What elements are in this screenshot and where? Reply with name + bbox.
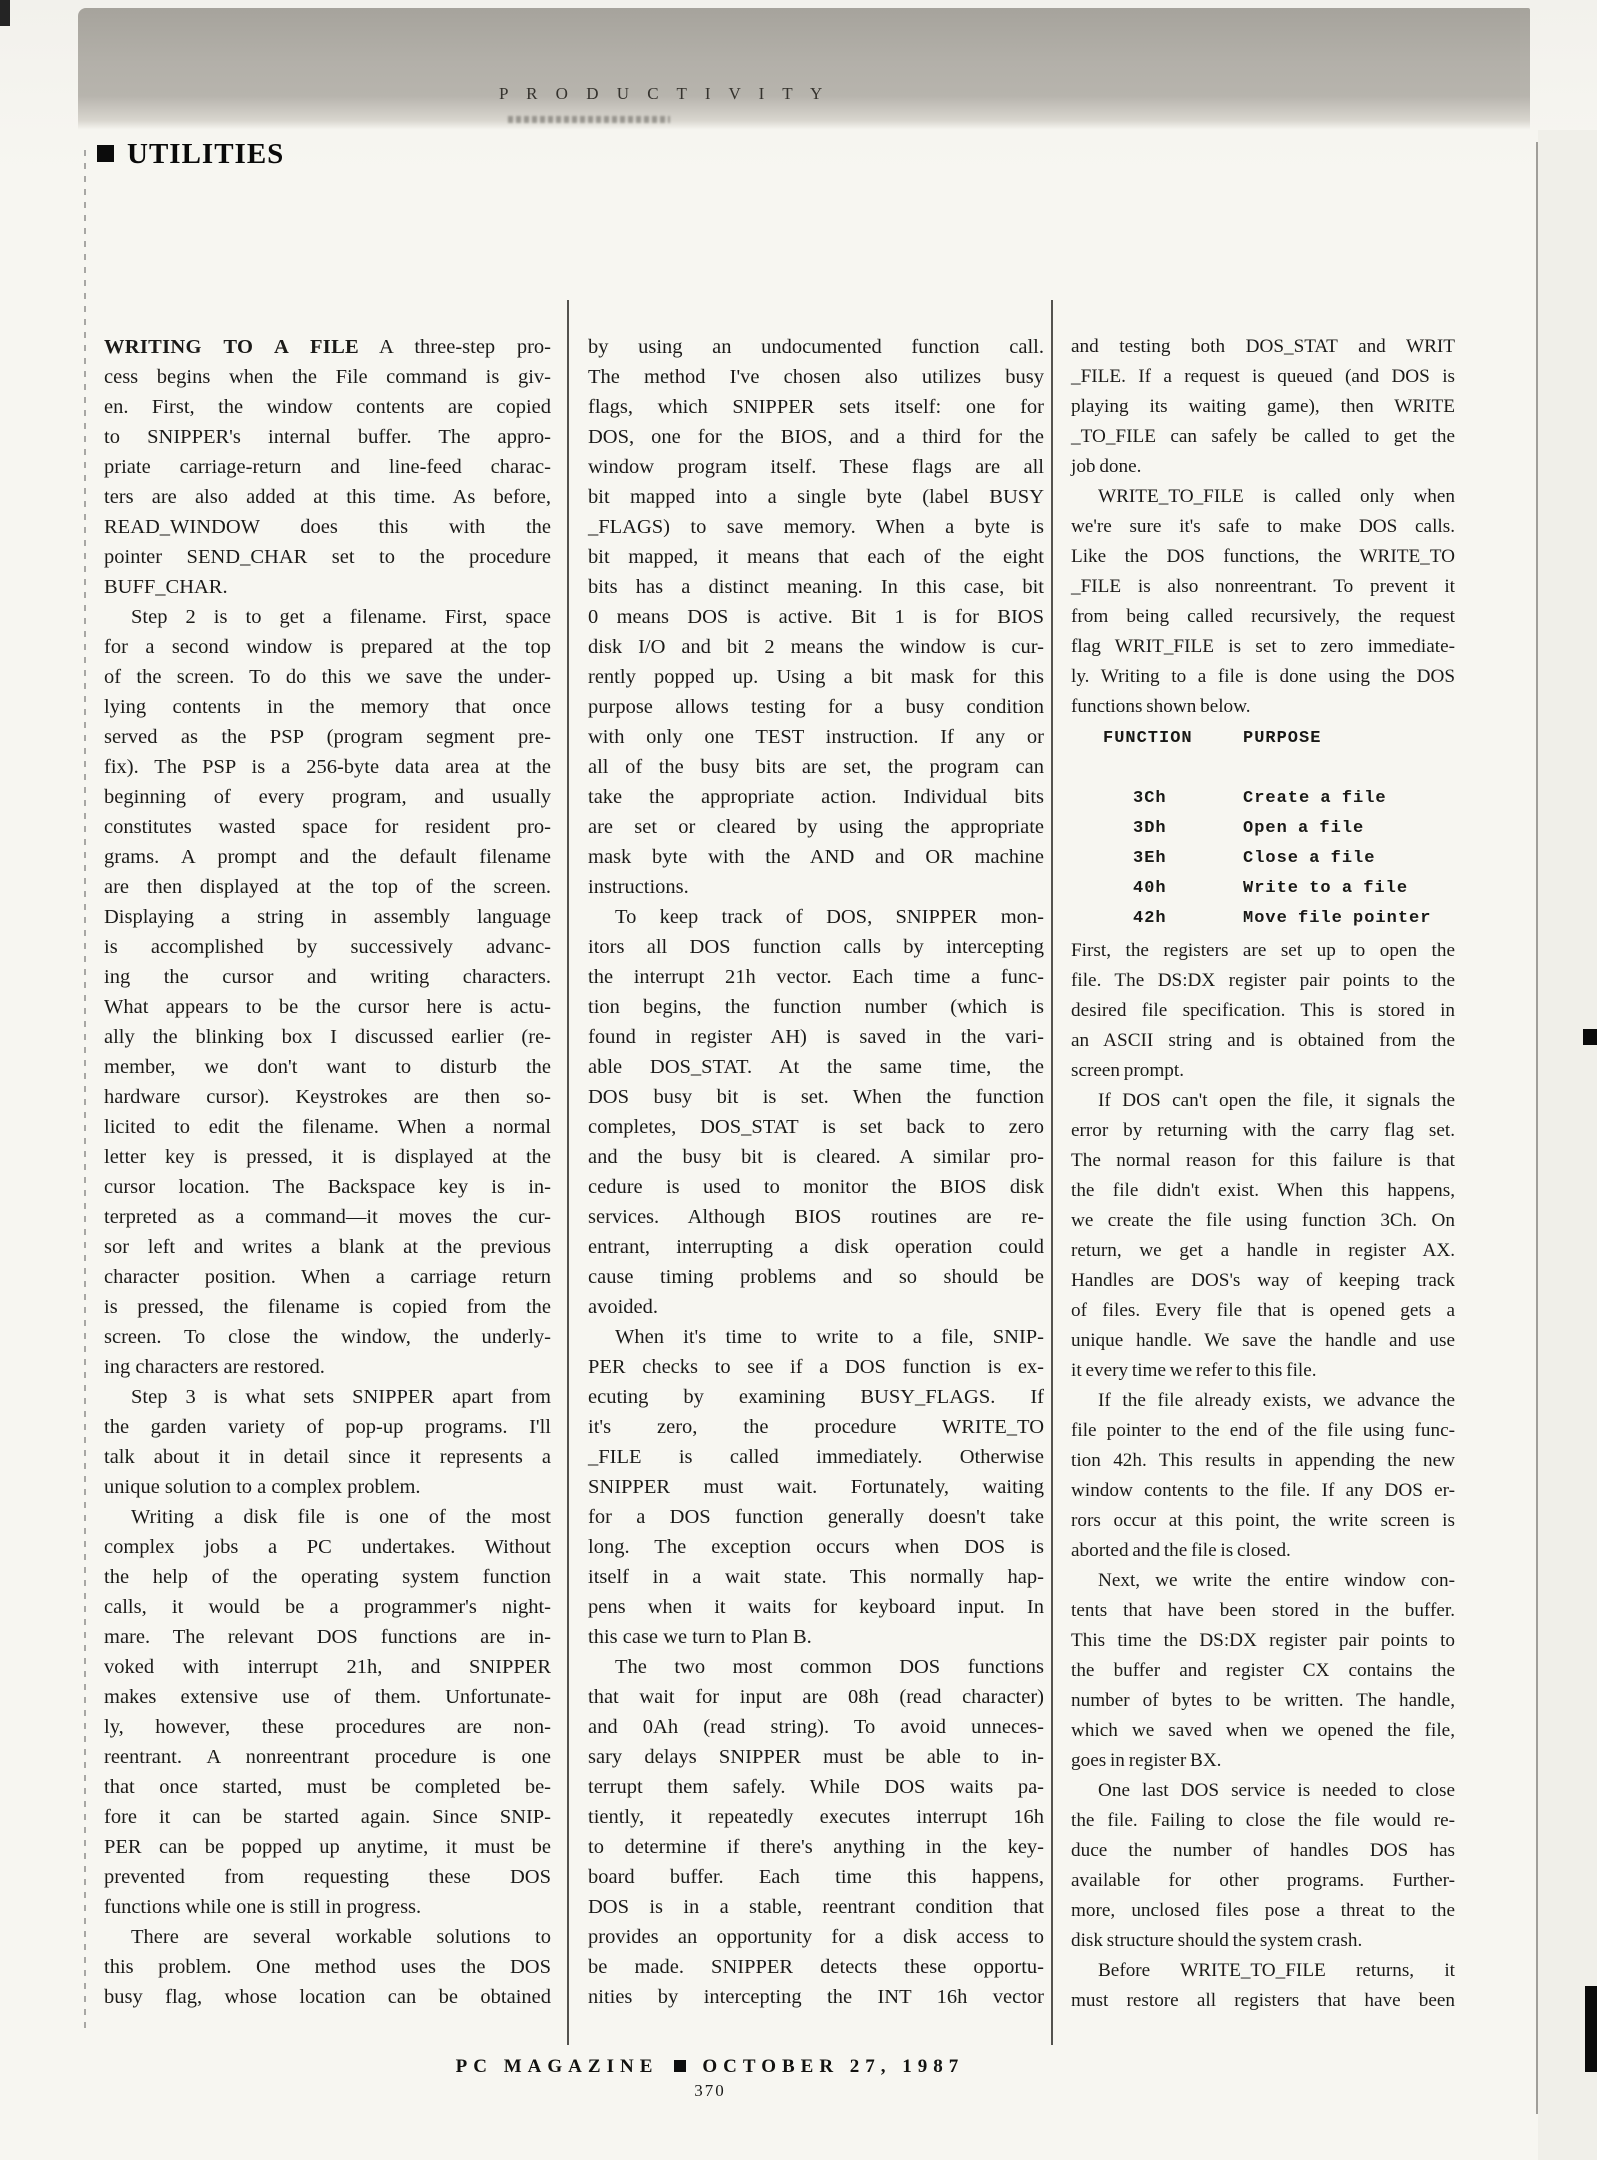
text-line: this case we turn to Plan B.: [588, 1622, 1044, 1652]
text-line: and the busy bit is cleared. A similar p…: [588, 1142, 1044, 1172]
text-line: If DOS can't open the file, it signals t…: [1071, 1086, 1455, 1116]
text-line: services. Although BIOS routines are re-: [588, 1202, 1044, 1232]
dos-function-row: 40hWrite to a file: [1071, 874, 1455, 904]
text-line: pointer SEND_CHAR set to the procedure: [104, 542, 551, 572]
text-line: ing characters are restored.: [104, 1352, 551, 1382]
text-line: One last DOS service is needed to close: [1071, 1776, 1455, 1806]
table-header-row: FUNCTIONPURPOSE: [1071, 724, 1455, 754]
text-line: terpreted as a command—it moves the cur-: [104, 1202, 551, 1232]
text-line: aborted and the file is closed.: [1071, 1536, 1455, 1566]
text-line: tion begins, the function number (which …: [588, 992, 1044, 1022]
text-line: tion 42h. This results in appending the …: [1071, 1446, 1455, 1476]
text-line: by using an undocumented function call.: [588, 332, 1044, 362]
text-line: avoided.: [588, 1292, 1044, 1322]
text-line: character position. When a carriage retu…: [104, 1262, 551, 1292]
text-line: There are several workable solutions to: [104, 1922, 551, 1952]
text-line: for a second window is prepared at the t…: [104, 632, 551, 662]
text-line: fix). The PSP is a 256-byte data area at…: [104, 752, 551, 782]
text-line: cess begins when the File command is giv…: [104, 362, 551, 392]
text-line: When it's time to write to a file, SNIP-: [588, 1322, 1044, 1352]
text-line: is pressed, the filename is copied from …: [104, 1292, 551, 1322]
text-line: This time the DS:DX register pair points…: [1071, 1626, 1455, 1656]
dos-function-row: 3ChCreate a file: [1071, 784, 1455, 814]
text-line: the interrupt 21h vector. Each time a fu…: [588, 962, 1044, 992]
text-line: file pointer to the end of the file usin…: [1071, 1416, 1455, 1446]
text-line: of files. Every file that is opened gets…: [1071, 1296, 1455, 1326]
text-line: completes, DOS_STAT is set back to zero: [588, 1112, 1044, 1142]
text-line: found in register AH) is saved in the va…: [588, 1022, 1044, 1052]
text-line: return, we get a handle in register AX.: [1071, 1236, 1455, 1266]
right-page-edge-line: [1536, 142, 1538, 2114]
function-code: 3Dh: [1071, 814, 1243, 844]
text-line: bit mapped into a single byte (label BUS…: [588, 482, 1044, 512]
text-line: unique handle. We save the handle and us…: [1071, 1326, 1455, 1356]
text-line: more, unclosed files pose a threat to th…: [1071, 1896, 1455, 1926]
text-line: provides an opportunity for a disk acces…: [588, 1922, 1044, 1952]
text-line: The method I've chosen also utilizes bus…: [588, 362, 1044, 392]
text-line: functions shown below.: [1071, 692, 1455, 722]
text-line: to determine if there's anything in the …: [588, 1832, 1044, 1862]
text-line: and 0Ah (read string). To avoid unneces-: [588, 1712, 1044, 1742]
function-purpose: Move file pointer: [1243, 904, 1455, 934]
text-line: voked with interrupt 21h, and SNIPPER: [104, 1652, 551, 1682]
text-line: constitutes wasted space for resident pr…: [104, 812, 551, 842]
text-line: unique solution to a complex problem.: [104, 1472, 551, 1502]
text-line: DOS, one for the BIOS, and a third for t…: [588, 422, 1044, 452]
text-line: DOS is in a stable, reentrant condition …: [588, 1892, 1044, 1922]
text-line: PER checks to see if a DOS function is e…: [588, 1352, 1044, 1382]
text-line: reentrant. A nonreentrant procedure is o…: [104, 1742, 551, 1772]
text-line: DOS busy bit is set. When the function: [588, 1082, 1044, 1112]
function-code: 40h: [1071, 874, 1243, 904]
text-line: it's zero, the procedure WRITE_TO: [588, 1412, 1044, 1442]
dos-function-row: 3EhClose a file: [1071, 844, 1455, 874]
function-code: 3Ch: [1071, 784, 1243, 814]
text-line: with only one TEST instruction. If any o…: [588, 722, 1044, 752]
text-line: error by returning with the carry flag s…: [1071, 1116, 1455, 1146]
text-line: WRITE_TO_FILE is called only when: [1071, 482, 1455, 512]
dos-function-row: 3DhOpen a file: [1071, 814, 1455, 844]
article-column-3: and testing both DOS_STAT and WRIT_FILE.…: [1071, 332, 1455, 2016]
section-title: UTILITIES: [127, 138, 284, 171]
text-line: calls, it would be a programmer's night-: [104, 1592, 551, 1622]
text-line: which we saved when we opened the file,: [1071, 1716, 1455, 1746]
text-line: desired file specification. This is stor…: [1071, 996, 1455, 1026]
page-number: 370: [285, 2081, 1135, 2101]
text-line: be made. SNIPPER detects these opportu-: [588, 1952, 1044, 1982]
text-line: ally the blinking box I discussed earlie…: [104, 1022, 551, 1052]
footer-line: PC MAGAZINEOCTOBER 27, 1987: [285, 2056, 1135, 2078]
text-line: _FILE. If a request is queued (and DOS i…: [1071, 362, 1455, 392]
text-line: pens when it waits for keyboard input. I…: [588, 1592, 1044, 1622]
text-line: available for other programs. Further-: [1071, 1866, 1455, 1896]
scan-artifact-right-dash: [1583, 1029, 1597, 1045]
scan-artifact-right-bar: [1585, 1986, 1597, 2072]
runin-text: A three-step pro-: [379, 336, 551, 358]
text-line: tents that have been stored in the buffe…: [1071, 1596, 1455, 1626]
text-line: the help of the operating system functio…: [104, 1562, 551, 1592]
left-fold-dashed-line: [84, 150, 86, 2030]
text-line: _FLAGS) to save memory. When a byte is: [588, 512, 1044, 542]
text-line: Handles are DOS's way of keeping track: [1071, 1266, 1455, 1296]
page-kicker: P R O D U C T I V I T Y: [499, 84, 829, 104]
text-line: screen prompt.: [1071, 1056, 1455, 1086]
square-bullet-icon: [97, 145, 114, 162]
text-line: rors occur at this point, the write scre…: [1071, 1506, 1455, 1536]
text-line: Writing a disk file is one of the most: [104, 1502, 551, 1532]
text-line: long. The exception occurs when DOS is: [588, 1532, 1044, 1562]
text-line: PER can be popped up anytime, it must be: [104, 1832, 551, 1862]
text-line: Before WRITE_TO_FILE returns, it: [1071, 1956, 1455, 1986]
article-column-2: by using an undocumented function call.T…: [588, 332, 1044, 2012]
footer-magazine: PC MAGAZINE: [456, 2056, 659, 2077]
text-line: nities by intercepting the INT 16h vecto…: [588, 1982, 1044, 2012]
text-line: functions while one is still in progress…: [104, 1892, 551, 1922]
text-line: is accomplished by successively advanc-: [104, 932, 551, 962]
text-line: _TO_FILE can safely be called to get the: [1071, 422, 1455, 452]
text-line: The two most common DOS functions: [588, 1652, 1044, 1682]
footer-date: OCTOBER 27, 1987: [702, 2056, 964, 2077]
text-line: busy flag, whose location can be obtaine…: [104, 1982, 551, 2012]
text-line: ly, however, these procedures are non-: [104, 1712, 551, 1742]
text-line: member, we don't want to disturb the: [104, 1052, 551, 1082]
text-line: SNIPPER must wait. Fortunately, waiting: [588, 1472, 1044, 1502]
text-line: ing the cursor and writing characters.: [104, 962, 551, 992]
text-line: en. First, the window contents are copie…: [104, 392, 551, 422]
text-line: makes extensive use of them. Unfortunate…: [104, 1682, 551, 1712]
text-line: 0 means DOS is active. Bit 1 is for BIOS: [588, 602, 1044, 632]
text-line: Next, we write the entire window con-: [1071, 1566, 1455, 1596]
text-line: entrant, interrupting a disk operation c…: [588, 1232, 1044, 1262]
text-line: sor left and writes a blank at the previ…: [104, 1232, 551, 1262]
text-line: bit mapped, it means that each of the ei…: [588, 542, 1044, 572]
text-line: mask byte with the AND and OR machine: [588, 842, 1044, 872]
text-line: are set or cleared by using the appropri…: [588, 812, 1044, 842]
table-header-purpose: PURPOSE: [1243, 724, 1455, 754]
function-code: 42h: [1071, 904, 1243, 934]
dos-function-row: 42hMove file pointer: [1071, 904, 1455, 934]
column-rule-2: [1051, 300, 1053, 2045]
text-line: complex jobs a PC undertakes. Without: [104, 1532, 551, 1562]
text-line: must restore all registers that have bee…: [1071, 1986, 1455, 2016]
text-line: window contents to the file. If any DOS …: [1071, 1476, 1455, 1506]
text-line: fore it can be started again. Since SNIP…: [104, 1802, 551, 1832]
kicker-fineprint-smudge: [508, 116, 670, 123]
text-line: from being called recursively, the reque…: [1071, 602, 1455, 632]
text-line: priate carriage-return and line-feed cha…: [104, 452, 551, 482]
text-line: What appears to be the cursor here is ac…: [104, 992, 551, 1022]
text-line: it every time we refer to this file.: [1071, 1356, 1455, 1386]
scan-artifact-top-left: [0, 0, 10, 26]
article-column-1: WRITING TO A FILEA three-step pro-cess b…: [104, 332, 551, 2012]
text-line: WRITING TO A FILEA three-step pro-: [104, 332, 551, 362]
page-footer: PC MAGAZINEOCTOBER 27, 1987 370: [285, 2056, 1135, 2101]
text-line: _FILE is called immediately. Otherwise: [588, 1442, 1044, 1472]
text-line: the file. Failing to close the file woul…: [1071, 1806, 1455, 1836]
table-header-function: FUNCTION: [1071, 724, 1243, 754]
text-line: beginning of every program, and usually: [104, 782, 551, 812]
text-line: talk about it in detail since it represe…: [104, 1442, 551, 1472]
section-heading: UTILITIES: [97, 138, 284, 171]
text-line: Step 3 is what sets SNIPPER apart from: [104, 1382, 551, 1412]
text-line: we create the file using function 3Ch. O…: [1071, 1206, 1455, 1236]
text-line: duce the number of handles DOS has: [1071, 1836, 1455, 1866]
text-line: bits has a distinct meaning. In this cas…: [588, 572, 1044, 602]
text-line: disk structure should the system crash.: [1071, 1926, 1455, 1956]
text-line: rently popped up. Using a bit mask for t…: [588, 662, 1044, 692]
text-line: prevented from requesting these DOS: [104, 1862, 551, 1892]
text-line: Step 2 is to get a filename. First, spac…: [104, 602, 551, 632]
function-purpose: Write to a file: [1243, 874, 1455, 904]
text-line: letter key is pressed, it is displayed a…: [104, 1142, 551, 1172]
text-line: To keep track of DOS, SNIPPER mon-: [588, 902, 1044, 932]
text-line: disk I/O and bit 2 means the window is c…: [588, 632, 1044, 662]
text-line: grams. A prompt and the default filename: [104, 842, 551, 872]
text-line: to SNIPPER's internal buffer. The appro-: [104, 422, 551, 452]
text-line: are then displayed at the top of the scr…: [104, 872, 551, 902]
text-line: able DOS_STAT. At the same time, the: [588, 1052, 1044, 1082]
text-line: take the appropriate action. Individual …: [588, 782, 1044, 812]
text-line: the garden variety of pop-up programs. I…: [104, 1412, 551, 1442]
text-line: served as the PSP (program segment pre-: [104, 722, 551, 752]
text-line: goes in register BX.: [1071, 1746, 1455, 1776]
text-line: file. The DS:DX register pair points to …: [1071, 966, 1455, 996]
text-line: ters are also added at this time. As bef…: [104, 482, 551, 512]
dos-functions-table: FUNCTIONPURPOSE3ChCreate a file3DhOpen a…: [1071, 724, 1455, 934]
text-line: this problem. One method uses the DOS: [104, 1952, 551, 1982]
text-line: number of bytes to be written. The handl…: [1071, 1686, 1455, 1716]
text-line: cause timing problems and so should be: [588, 1262, 1044, 1292]
text-line: If the file already exists, we advance t…: [1071, 1386, 1455, 1416]
text-line: itors all DOS function calls by intercep…: [588, 932, 1044, 962]
text-line: tiently, it repeatedly executes interrup…: [588, 1802, 1044, 1832]
text-line: BUFF_CHAR.: [104, 572, 551, 602]
text-line: of the screen. To do this we save the un…: [104, 662, 551, 692]
text-line: itself in a wait state. This normally ha…: [588, 1562, 1044, 1592]
text-line: window program itself. These flags are a…: [588, 452, 1044, 482]
text-line: licited to edit the filename. When a nor…: [104, 1112, 551, 1142]
text-line: lying contents in the memory that once: [104, 692, 551, 722]
text-line: READ_WINDOW does this with the: [104, 512, 551, 542]
text-line: terrupt them safely. While DOS waits pa-: [588, 1772, 1044, 1802]
text-line: playing its waiting game), then WRITE: [1071, 392, 1455, 422]
text-line: we're sure it's safe to make DOS calls.: [1071, 512, 1455, 542]
text-line: Displaying a string in assembly language: [104, 902, 551, 932]
magazine-page: P R O D U C T I V I T Y UTILITIES WRITIN…: [0, 0, 1597, 2160]
text-line: hardware cursor). Keystrokes are then so…: [104, 1082, 551, 1112]
text-line: instructions.: [588, 872, 1044, 902]
text-line: that once started, must be completed be-: [104, 1772, 551, 1802]
function-code: 3Eh: [1071, 844, 1243, 874]
function-purpose: Open a file: [1243, 814, 1455, 844]
text-line: sary delays SNIPPER must be able to in-: [588, 1742, 1044, 1772]
text-line: job done.: [1071, 452, 1455, 482]
table-gap: [1071, 754, 1455, 784]
text-line: all of the busy bits are set, the progra…: [588, 752, 1044, 782]
text-line: ly. Writing to a file is done using the …: [1071, 662, 1455, 692]
text-line: flag WRIT_FILE is set to zero immediate-: [1071, 632, 1455, 662]
text-line: cedure is used to monitor the BIOS disk: [588, 1172, 1044, 1202]
square-bullet-icon: [674, 2060, 686, 2072]
header-gray-band: [78, 8, 1530, 130]
text-line: board buffer. Each time this happens,: [588, 1862, 1044, 1892]
text-line: an ASCII string and is obtained from the: [1071, 1026, 1455, 1056]
text-line: flags, which SNIPPER sets itself: one fo…: [588, 392, 1044, 422]
text-line: Like the DOS functions, the WRITE_TO: [1071, 542, 1455, 572]
column-rule-1: [567, 300, 569, 2045]
text-line: for a DOS function generally doesn't tak…: [588, 1502, 1044, 1532]
text-line: The normal reason for this failure is th…: [1071, 1146, 1455, 1176]
text-line: and testing both DOS_STAT and WRIT: [1071, 332, 1455, 362]
text-line: _FILE is also nonreentrant. To prevent i…: [1071, 572, 1455, 602]
text-line: purpose allows testing for a busy condit…: [588, 692, 1044, 722]
text-line: First, the registers are set up to open …: [1071, 936, 1455, 966]
text-line: that wait for input are 08h (read charac…: [588, 1682, 1044, 1712]
text-line: the file didn't exist. When this happens…: [1071, 1176, 1455, 1206]
text-line: mare. The relevant DOS functions are in-: [104, 1622, 551, 1652]
text-line: ecuting by examining BUSY_FLAGS. If: [588, 1382, 1044, 1412]
function-purpose: Close a file: [1243, 844, 1455, 874]
text-line: screen. To close the window, the underly…: [104, 1322, 551, 1352]
function-purpose: Create a file: [1243, 784, 1455, 814]
text-line: cursor location. The Backspace key is in…: [104, 1172, 551, 1202]
right-margin-shade: [1538, 130, 1597, 2160]
runin-heading: WRITING TO A FILE: [104, 336, 359, 358]
text-line: the buffer and register CX contains the: [1071, 1656, 1455, 1686]
